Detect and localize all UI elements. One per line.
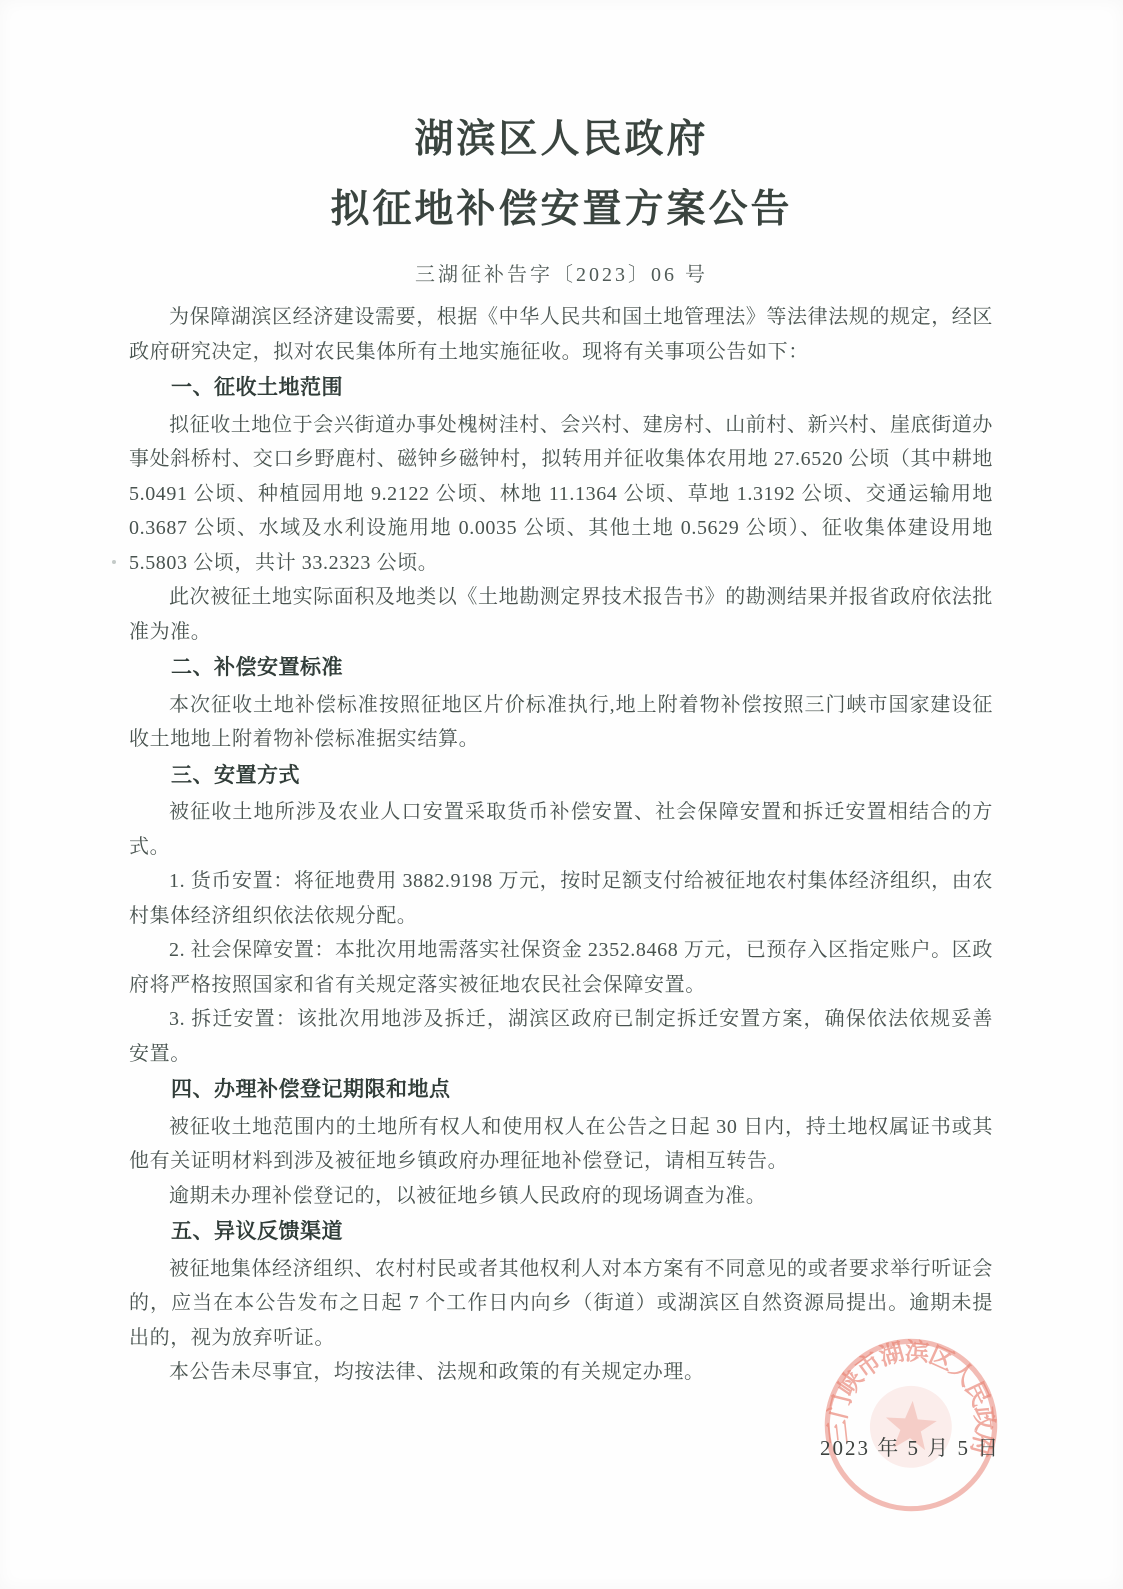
document-title-line2: 拟征地补偿安置方案公告	[0, 188, 1123, 232]
official-seal-stamp: 三门峡市湖滨区人民政府	[818, 1332, 1004, 1518]
document-body: 为保障湖滨区经济建设需要，根据《中华人民共和国土地管理法》等法律法规的规定，经区…	[129, 300, 993, 1390]
paragraph-survey-basis: 此次被征土地实际面积及地类以《土地勘测定界技术报告书》的勘测结果并报省政府依法批…	[129, 580, 993, 649]
section-heading-5: 五、异议反馈渠道	[129, 1215, 993, 1250]
issue-date: 2023 年 5 月 5 日	[820, 1432, 1000, 1462]
paragraph-intro: 为保障湖滨区经济建设需要，根据《中华人民共和国土地管理法》等法律法规的规定，经区…	[129, 300, 993, 369]
paragraph-overdue-registration: 逾期未办理补偿登记的，以被征地乡镇人民政府的现场调查为准。	[129, 1179, 993, 1214]
section-heading-2: 二、补偿安置标准	[129, 651, 993, 686]
paragraph-social-security-resettlement: 2. 社会保障安置：本批次用地需落实社保资金 2352.8468 万元，已预存入…	[129, 933, 993, 1002]
document-page: 湖滨区人民政府 拟征地补偿安置方案公告 三湖征补告字〔2023〕06 号 为保障…	[0, 0, 1123, 1589]
section-heading-1: 一、征收土地范围	[129, 371, 993, 406]
scan-artifact-dot	[112, 560, 116, 564]
document-title-line1: 湖滨区人民政府	[0, 118, 1123, 162]
paragraph-land-scope: 拟征收土地位于会兴街道办事处槐树洼村、会兴村、建房村、山前村、新兴村、崖底街道办…	[129, 408, 993, 581]
paragraph-monetary-resettlement: 1. 货币安置：将征地费用 3882.9198 万元，按时足额支付给被征地农村集…	[129, 864, 993, 933]
paragraph-registration-deadline: 被征收土地范围内的土地所有权人和使用权人在公告之日起 30 日内，持土地权属证书…	[129, 1110, 993, 1179]
paragraph-relocation-resettlement: 3. 拆迁安置：该批次用地涉及拆迁，湖滨区政府已制定拆迁安置方案，确保依法依规妥…	[129, 1002, 993, 1071]
document-header: 湖滨区人民政府 拟征地补偿安置方案公告 三湖征补告字〔2023〕06 号	[0, 118, 1123, 287]
section-heading-4: 四、办理补偿登记期限和地点	[129, 1073, 993, 1108]
document-number: 三湖征补告字〔2023〕06 号	[0, 258, 1123, 287]
paragraph-resettlement-overview: 被征收土地所涉及农业人口安置采取货币补偿安置、社会保障安置和拆迁安置相结合的方式…	[129, 795, 993, 864]
section-heading-3: 三、安置方式	[129, 759, 993, 794]
paragraph-compensation-standard: 本次征收土地补偿标准按照征地区片价标准执行,地上附着物补偿按照三门峡市国家建设征…	[129, 688, 993, 757]
